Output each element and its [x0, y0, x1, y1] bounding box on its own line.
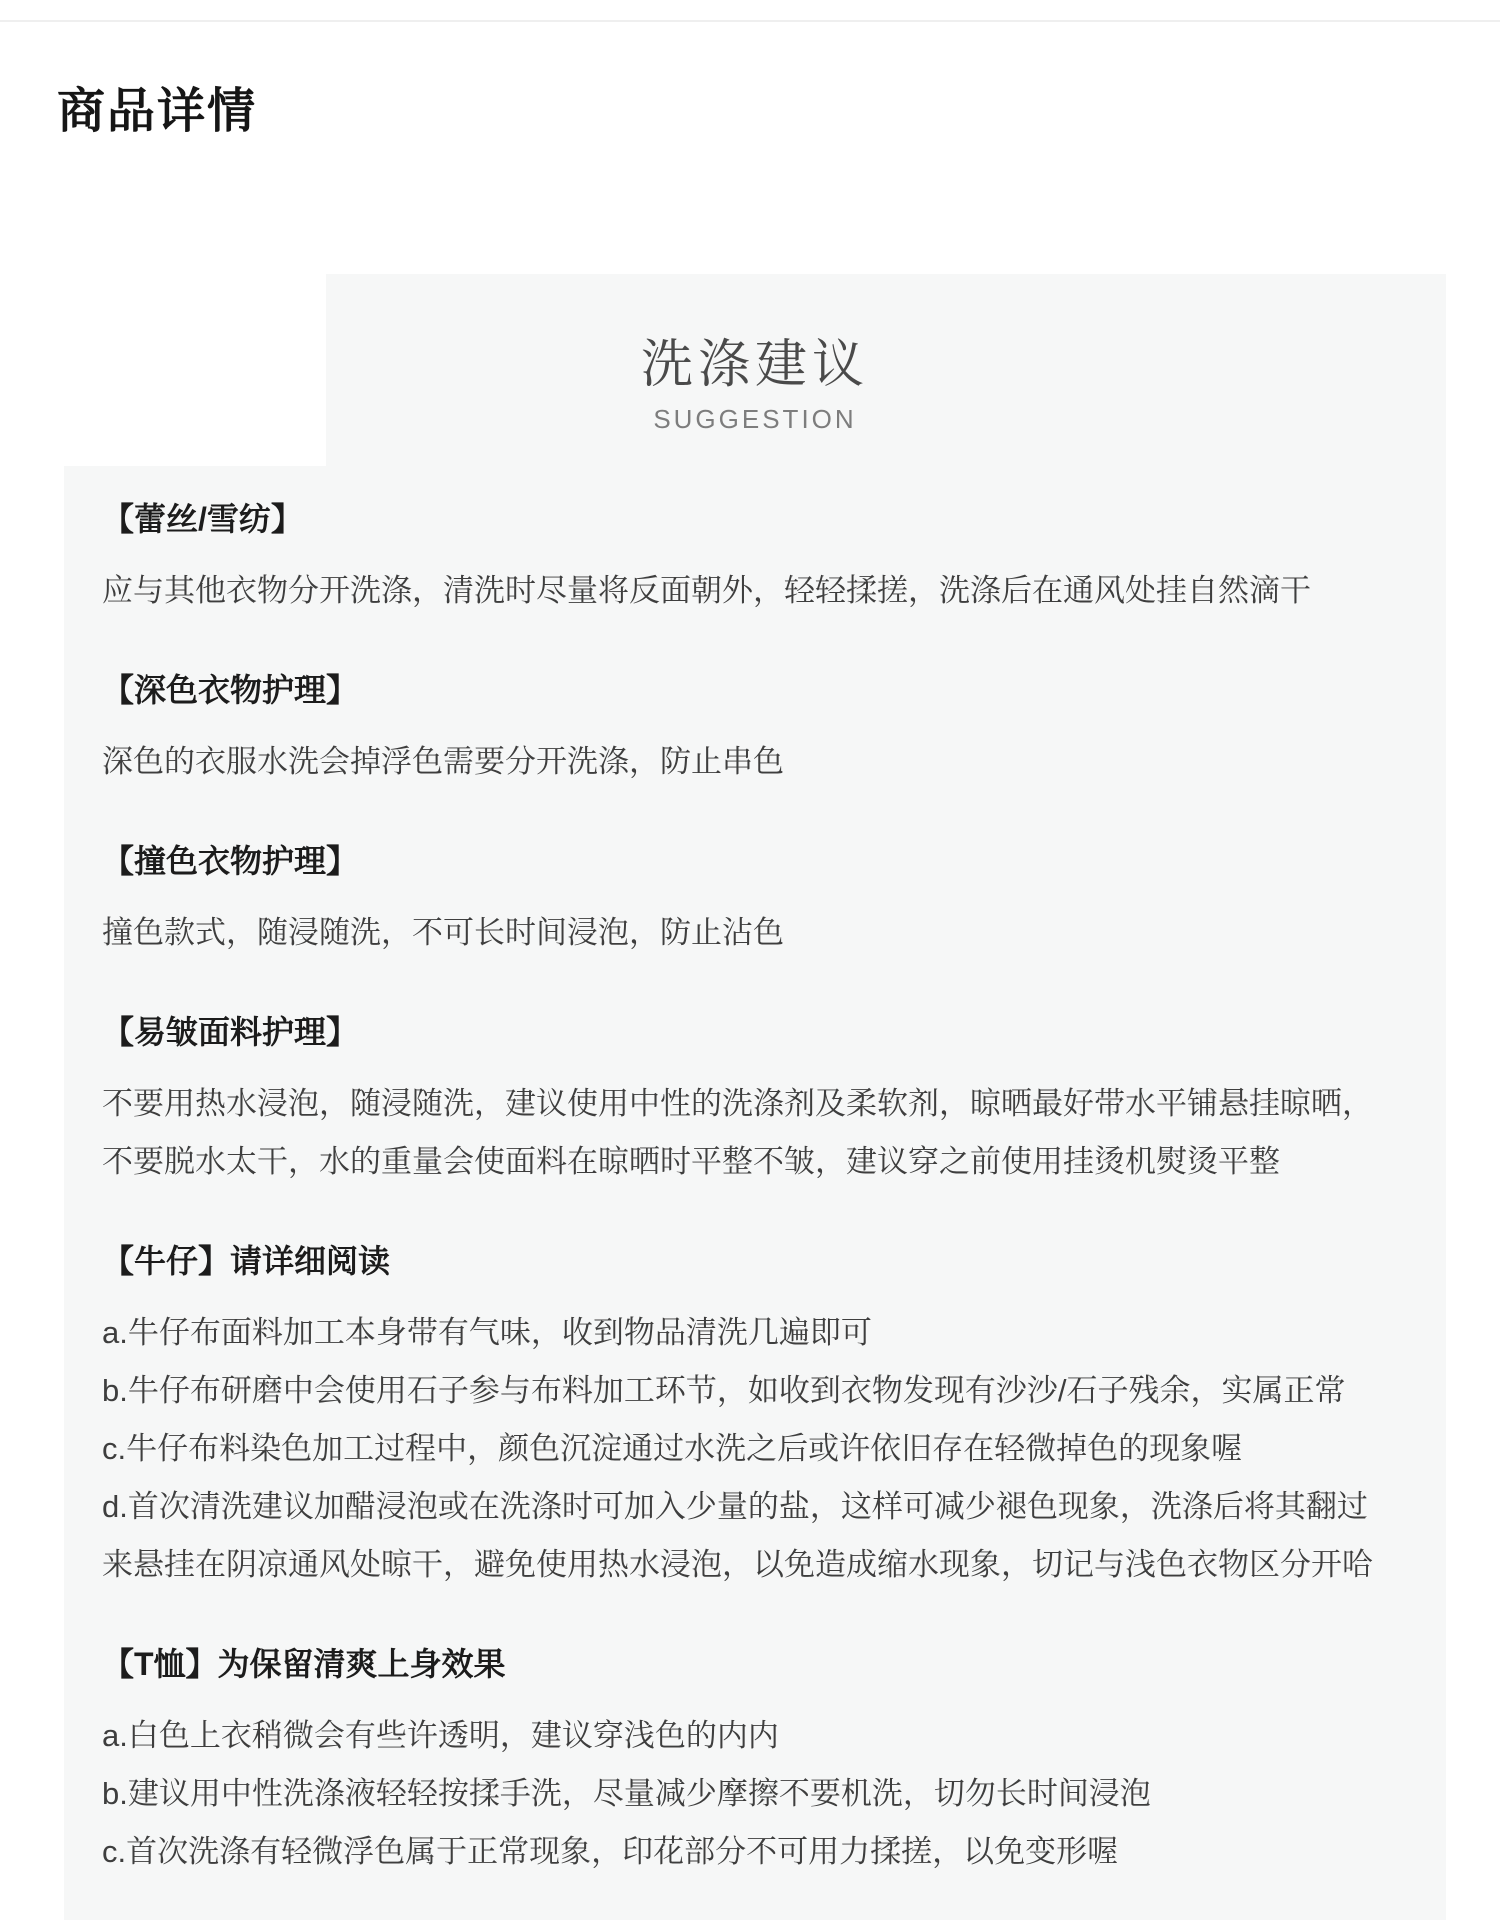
page-title: 商品详情: [57, 72, 257, 141]
section-text-line: c.首次洗涤有轻微浮色属于正常现象，印花部分不可用力揉搓，以免变形喔: [102, 1823, 1418, 1881]
care-section-lace-chiffon: 【蕾丝/雪纺】 应与其他衣物分开洗涤，清洗时尽量将反面朝外，轻轻揉搓，洗涤后在通…: [102, 499, 1418, 620]
care-section-wrinkle-prone: 【易皱面料护理】 不要用热水浸泡，随浸随洗，建议使用中性的洗涤剂及柔软剂，晾晒最…: [102, 1012, 1418, 1191]
care-sections: 【蕾丝/雪纺】 应与其他衣物分开洗涤，清洗时尽量将反面朝外，轻轻揉搓，洗涤后在通…: [64, 499, 1446, 1881]
section-heading: 【蕾丝/雪纺】: [102, 499, 1418, 540]
section-text-line: c.牛仔布料染色加工过程中，颜色沉淀通过水洗之后或许依旧存在轻微掉色的现象喔: [102, 1420, 1418, 1478]
product-detail-page: 商品详情 洗涤建议 SUGGESTION 【蕾丝/雪纺】 应与其他衣物分开洗涤，…: [0, 0, 1500, 1920]
section-text-line: 来悬挂在阴凉通风处晾干，避免使用热水浸泡，以免造成缩水现象，切记与浅色衣物区分开…: [102, 1536, 1418, 1594]
section-heading: 【易皱面料护理】: [102, 1012, 1418, 1053]
section-heading: 【T恤】为保留清爽上身效果: [102, 1644, 1418, 1685]
section-text-line: 不要用热水浸泡，随浸随洗，建议使用中性的洗涤剂及柔软剂，晾晒最好带水平铺悬挂晾晒…: [102, 1075, 1418, 1133]
section-text-line: 深色的衣服水洗会掉浮色需要分开洗涤，防止串色: [102, 733, 1418, 791]
section-text-line: 不要脱水太干，水的重量会使面料在晾晒时平整不皱，建议穿之前使用挂烫机熨烫平整: [102, 1133, 1418, 1191]
white-notch: [30, 186, 326, 466]
washing-suggestion-image: 洗涤建议 SUGGESTION 【蕾丝/雪纺】 应与其他衣物分开洗涤，清洗时尽量…: [64, 274, 1446, 1920]
care-section-dark-garments: 【深色衣物护理】 深色的衣服水洗会掉浮色需要分开洗涤，防止串色: [102, 670, 1418, 791]
care-section-tshirt: 【T恤】为保留清爽上身效果 a.白色上衣稍微会有些许透明，建议穿浅色的内内 b.…: [102, 1644, 1418, 1881]
top-divider: [0, 20, 1500, 22]
section-text-line: d.首次清洗建议加醋浸泡或在洗涤时可加入少量的盐，这样可减少褪色现象，洗涤后将其…: [102, 1478, 1418, 1536]
section-text-line: b.牛仔布研磨中会使用石子参与布料加工环节，如收到衣物发现有沙沙/石子残余，实属…: [102, 1362, 1418, 1420]
section-heading: 【撞色衣物护理】: [102, 841, 1418, 882]
section-heading: 【深色衣物护理】: [102, 670, 1418, 711]
care-section-contrast-color: 【撞色衣物护理】 撞色款式，随浸随洗，不可长时间浸泡，防止沾色: [102, 841, 1418, 962]
section-heading: 【牛仔】请详细阅读: [102, 1241, 1418, 1282]
section-text-line: 应与其他衣物分开洗涤，清洗时尽量将反面朝外，轻轻揉搓，洗涤后在通风处挂自然滴干: [102, 562, 1418, 620]
section-text-line: a.白色上衣稍微会有些许透明，建议穿浅色的内内: [102, 1707, 1418, 1765]
care-section-denim: 【牛仔】请详细阅读 a.牛仔布面料加工本身带有气味，收到物品清洗几遍即可 b.牛…: [102, 1241, 1418, 1594]
section-text-line: 撞色款式，随浸随洗，不可长时间浸泡，防止沾色: [102, 904, 1418, 962]
section-text-line: b.建议用中性洗涤液轻轻按揉手洗，尽量减少摩擦不要机洗，切勿长时间浸泡: [102, 1765, 1418, 1823]
section-text-line: a.牛仔布面料加工本身带有气味，收到物品清洗几遍即可: [102, 1304, 1418, 1362]
